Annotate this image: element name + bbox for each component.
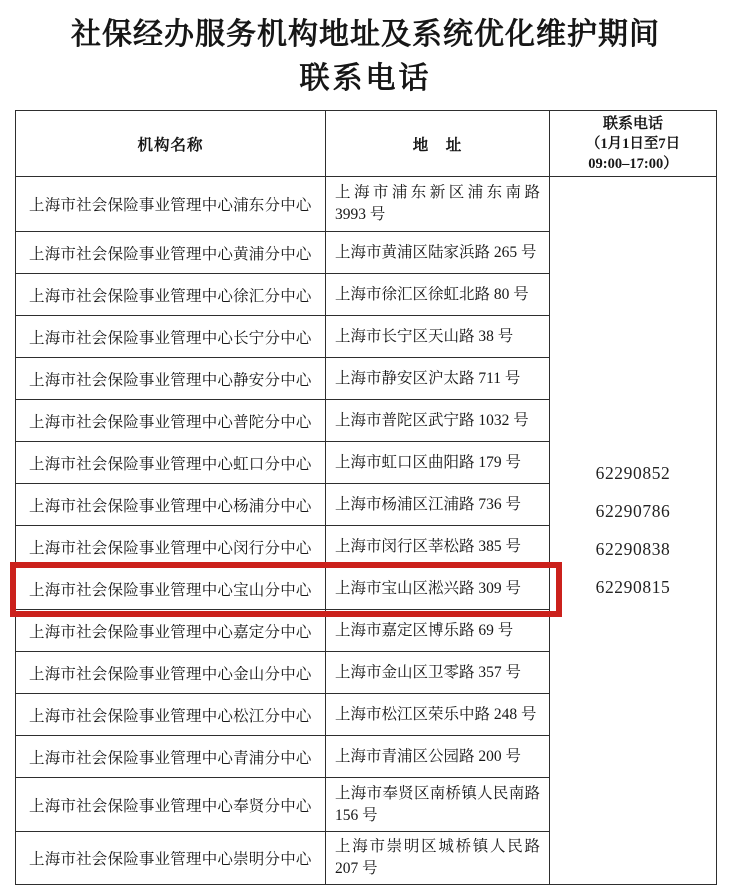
address-cell: 上海市杨浦区江浦路 736 号 [326, 484, 550, 526]
agency-table: 机构名称 地 址 联系电话 （1月1日至7日 09:00–17:00） 上海市社… [15, 110, 717, 885]
address-cell: 上海市黄浦区陆家浜路 265 号 [326, 232, 550, 274]
institution-name-cell: 上海市社会保险事业管理中心松江分中心 [16, 694, 326, 736]
institution-name-cell: 上海市社会保险事业管理中心闵行分中心 [16, 526, 326, 568]
phone-numbers-cell: 62290852 62290786 62290838 62290815 [550, 177, 717, 885]
header-row: 机构名称 地 址 联系电话 （1月1日至7日 09:00–17:00） [16, 111, 717, 177]
address-cell: 上海市闵行区莘松路 385 号 [326, 526, 550, 568]
address-cell: 上海市宝山区淞兴路 309 号 [326, 568, 550, 610]
institution-name-cell: 上海市社会保险事业管理中心奉贤分中心 [16, 778, 326, 832]
address-cell: 上海市崇明区城桥镇人民路 207 号 [326, 832, 550, 885]
address-cell: 上海市浦东新区浦东南路 3993 号 [326, 177, 550, 232]
header-address: 地 址 [326, 111, 550, 177]
institution-name-cell: 上海市社会保险事业管理中心浦东分中心 [16, 177, 326, 232]
institution-name-cell: 上海市社会保险事业管理中心金山分中心 [16, 652, 326, 694]
institution-name-cell: 上海市社会保险事业管理中心普陀分中心 [16, 400, 326, 442]
address-cell: 上海市长宁区天山路 38 号 [326, 316, 550, 358]
institution-name-cell: 上海市社会保险事业管理中心徐汇分中心 [16, 274, 326, 316]
institution-name-cell: 上海市社会保险事业管理中心黄浦分中心 [16, 232, 326, 274]
institution-name-cell: 上海市社会保险事业管理中心崇明分中心 [16, 832, 326, 885]
phone-number: 62290815 [596, 577, 671, 598]
header-institution-name: 机构名称 [16, 111, 326, 177]
address-cell: 上海市静安区沪太路 711 号 [326, 358, 550, 400]
header-phone-dates: （1月1日至7日 [550, 134, 716, 154]
institution-name-cell: 上海市社会保险事业管理中心长宁分中心 [16, 316, 326, 358]
page-title-line2: 联系电话 [0, 56, 731, 101]
phone-number: 62290852 [596, 463, 671, 484]
page-title: 社保经办服务机构地址及系统优化维护期间 联系电话 [0, 14, 731, 101]
address-cell: 上海市奉贤区南桥镇人民南路 156 号 [326, 778, 550, 832]
institution-name-cell: 上海市社会保险事业管理中心杨浦分中心 [16, 484, 326, 526]
phone-number: 62290838 [596, 539, 671, 560]
institution-name-cell: 上海市社会保险事业管理中心嘉定分中心 [16, 610, 326, 652]
address-cell: 上海市金山区卫零路 357 号 [326, 652, 550, 694]
header-phone-title: 联系电话 [550, 114, 716, 134]
phone-number-list: 62290852 62290786 62290838 62290815 [550, 463, 716, 598]
institution-name-cell: 上海市社会保险事业管理中心虹口分中心 [16, 442, 326, 484]
page-title-line1: 社保经办服务机构地址及系统优化维护期间 [0, 14, 731, 56]
address-cell: 上海市普陀区武宁路 1032 号 [326, 400, 550, 442]
phone-number: 62290786 [596, 501, 671, 522]
header-contact-phone: 联系电话 （1月1日至7日 09:00–17:00） [550, 111, 717, 177]
address-cell: 上海市嘉定区博乐路 69 号 [326, 610, 550, 652]
institution-name-cell: 上海市社会保险事业管理中心宝山分中心 [16, 568, 326, 610]
address-cell: 上海市松江区荣乐中路 248 号 [326, 694, 550, 736]
institution-name-cell: 上海市社会保险事业管理中心静安分中心 [16, 358, 326, 400]
institution-name-cell: 上海市社会保险事业管理中心青浦分中心 [16, 736, 326, 778]
address-cell: 上海市虹口区曲阳路 179 号 [326, 442, 550, 484]
table-row: 上海市社会保险事业管理中心浦东分中心 上海市浦东新区浦东南路 3993 号 62… [16, 177, 717, 232]
address-cell: 上海市徐汇区徐虹北路 80 号 [326, 274, 550, 316]
address-cell: 上海市青浦区公园路 200 号 [326, 736, 550, 778]
header-phone-hours: 09:00–17:00） [550, 154, 716, 174]
agency-table-container: 机构名称 地 址 联系电话 （1月1日至7日 09:00–17:00） 上海市社… [15, 110, 716, 885]
